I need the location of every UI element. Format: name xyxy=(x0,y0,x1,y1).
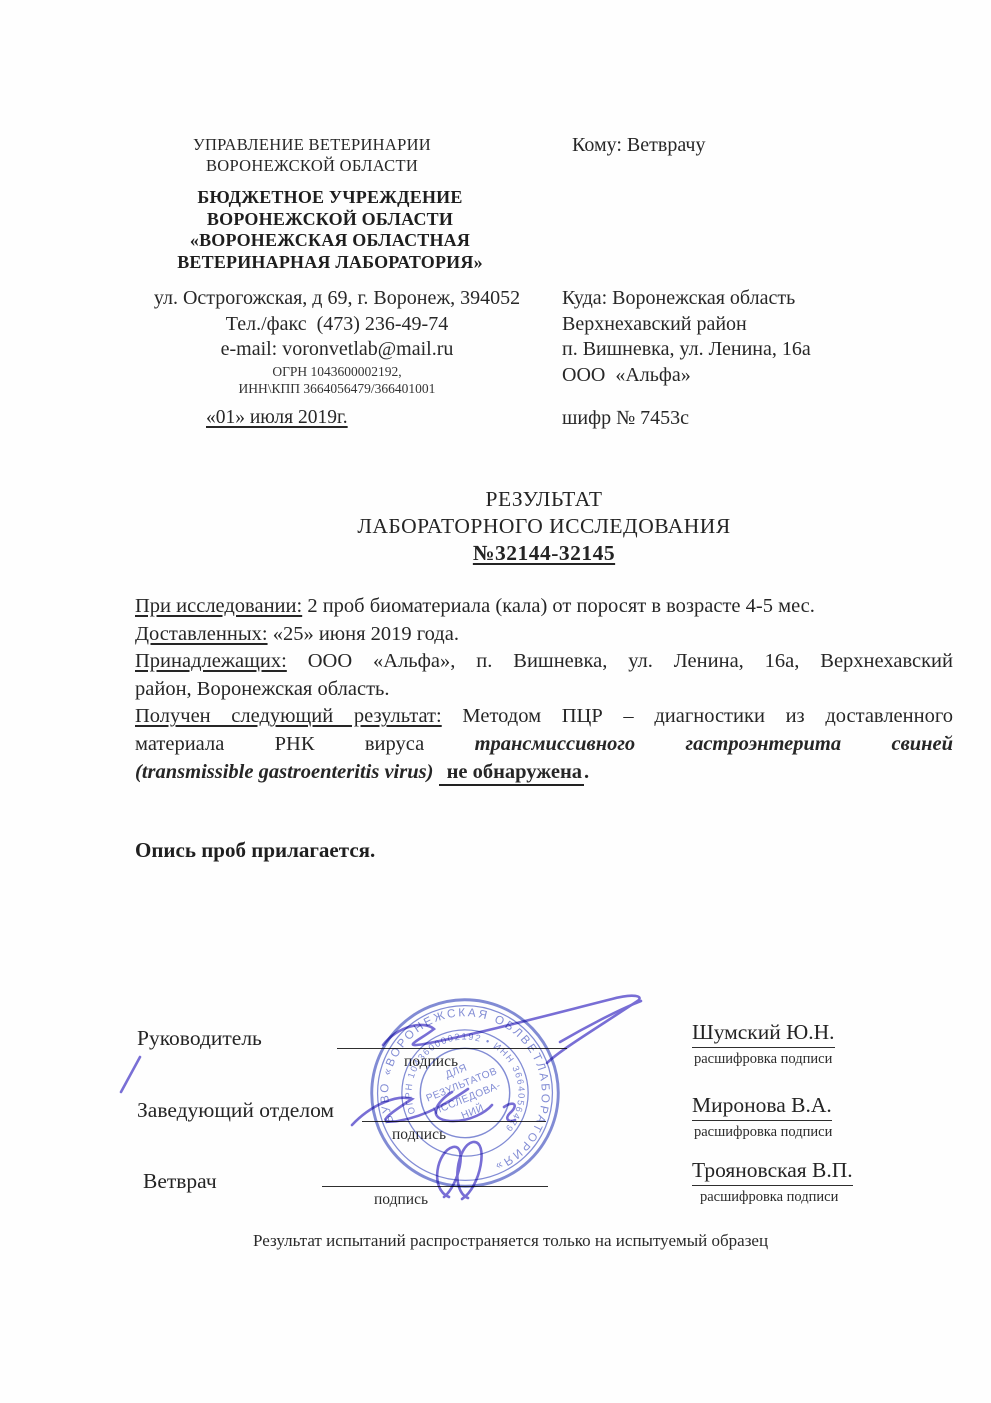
line-research: При исследовании: 2 проб биоматериала (к… xyxy=(135,593,953,621)
signatory-name-vet: Трояновская В.П. xyxy=(692,1158,853,1186)
signatory-name-head: Миронова В.А. xyxy=(692,1093,832,1121)
name-caption-vet: расшифровка подписи xyxy=(700,1189,838,1206)
attachment-note: Опись проб прилагается. xyxy=(135,838,375,863)
recipient-address-line3: п. Вишневка, ул. Ленина, 16а xyxy=(562,337,811,363)
issuer-organization-line1: БЮДЖЕТНОЕ УЧРЕЖДЕНИЕ xyxy=(133,187,527,209)
document-title: РЕЗУЛЬТАТ ЛАБОРАТОРНОГО ИССЛЕДОВАНИЯ №32… xyxy=(135,486,953,567)
text-belonging: ООО «Альфа», п. Вишневка, ул. Ленина, 16… xyxy=(308,650,953,672)
text-not-detected: не обнаружена xyxy=(439,761,584,786)
recipient-address-line4: ООО «Альфа» xyxy=(562,363,811,389)
issuer-department-line1: УПРАВЛЕНИЕ ВЕТЕРИНАРИИ xyxy=(128,134,496,155)
text-virus-latin: (transmissible gastroenteritis virus) xyxy=(135,761,433,783)
issuer-street-address: ул. Острогожская, д 69, г. Воронеж, 3940… xyxy=(103,286,571,312)
footer-note: Результат испытаний распространяется тол… xyxy=(253,1231,768,1251)
issuer-address-block: ул. Острогожская, д 69, г. Воронеж, 3940… xyxy=(103,286,571,398)
title-line-2: ЛАБОРАТОРНОГО ИССЛЕДОВАНИЯ xyxy=(135,513,953,540)
text-research: 2 проб биоматериала (кала) от поросят в … xyxy=(302,595,815,617)
issuer-inn: ИНН\КПП 3664056479/366401001 xyxy=(103,380,571,398)
text-material: материала РНК вируса xyxy=(135,733,424,755)
recipient-address-line2: Верхнехавский район xyxy=(562,312,811,338)
issuer-phone: Тел./факс (473) 236-49-74 xyxy=(103,312,571,338)
label-research: При исследовании: xyxy=(135,595,302,617)
cipher-number: шифр № 7453с xyxy=(562,407,689,430)
issuer-department-line2: ВОРОНЕЖСКОЙ ОБЛАСТИ xyxy=(128,155,496,176)
line-delivered: Доставленных: «25» июня 2019 года. xyxy=(135,621,953,649)
round-stamp: БУВО «ВОРОНЕЖСКАЯ ОБЛВЕТЛАБОРАТОРИЯ» ОГР… xyxy=(363,991,567,1195)
label-belonging: Принадлежащих: xyxy=(135,650,287,672)
text-delivered: «25» июня 2019 года. xyxy=(268,623,459,645)
signature-stroke-director-tail xyxy=(560,1001,641,1042)
signature-role-director: Руководитель xyxy=(137,1026,262,1051)
signature-role-head: Заведующий отделом xyxy=(137,1098,334,1123)
pen-slash-mark xyxy=(121,1057,140,1092)
body-text: При исследовании: 2 проб биоматериала (к… xyxy=(135,593,953,786)
issuer-ogrn: ОГРН 1043600002192, xyxy=(103,363,571,381)
signature-role-vet: Ветврач xyxy=(143,1169,217,1194)
signatory-name-director: Шумский Ю.Н. xyxy=(692,1020,835,1048)
issuer-organization: БЮДЖЕТНОЕ УЧРЕЖДЕНИЕ ВОРОНЕЖСКОЙ ОБЛАСТИ… xyxy=(133,187,527,273)
recipient-address: Куда: Воронежская область Верхнехавский … xyxy=(562,286,811,388)
issuer-email: e-mail: voronvetlab@mail.ru xyxy=(103,337,571,363)
title-number: №32144-32145 xyxy=(135,540,953,567)
label-delivered: Доставленных: xyxy=(135,623,268,645)
issuer-organization-line4: ВЕТЕРИНАРНАЯ ЛАБОРАТОРИЯ» xyxy=(133,252,527,274)
title-line-1: РЕЗУЛЬТАТ xyxy=(135,486,953,513)
issuer-department: УПРАВЛЕНИЕ ВЕТЕРИНАРИИ ВОРОНЕЖСКОЙ ОБЛАС… xyxy=(128,134,496,176)
document-page: УПРАВЛЕНИЕ ВЕТЕРИНАРИИ ВОРОНЕЖСКОЙ ОБЛАС… xyxy=(0,0,991,1403)
text-period: . xyxy=(584,761,589,783)
line-belonging: Принадлежащих: ООО «Альфа», п. Вишневка,… xyxy=(135,648,953,676)
text-virus-name: трансмиссивного гастроэнтерита свиней xyxy=(475,733,953,755)
recipient-address-line1: Куда: Воронежская область xyxy=(562,286,811,312)
recipient-to: Кому: Ветврачу xyxy=(572,134,705,157)
issuer-organization-line2: ВОРОНЕЖСКОЙ ОБЛАСТИ xyxy=(133,209,527,231)
stamp-center-text: ДЛЯ РЕЗУЛЬТАТОВ ИССЛЕДОВА- НИЙ xyxy=(419,1053,510,1132)
label-result: Получен следующий результат: xyxy=(135,705,442,727)
line-virus: материала РНК вируса трансмиссивного гас… xyxy=(135,731,953,759)
name-caption-head: расшифровка подписи xyxy=(694,1124,832,1141)
name-caption-director: расшифровка подписи xyxy=(694,1051,832,1068)
line-belonging-cont: район, Воронежская область. xyxy=(135,676,953,704)
document-date: «01» июля 2019г. xyxy=(206,407,348,429)
text-result: Методом ПЦР – диагностики из доставленно… xyxy=(462,705,953,727)
line-conclusion: (transmissible gastroenteritis virus) не… xyxy=(135,759,953,787)
line-result: Получен следующий результат: Методом ПЦР… xyxy=(135,703,953,731)
issuer-organization-line3: «ВОРОНЕЖСКАЯ ОБЛАСТНАЯ xyxy=(133,230,527,252)
